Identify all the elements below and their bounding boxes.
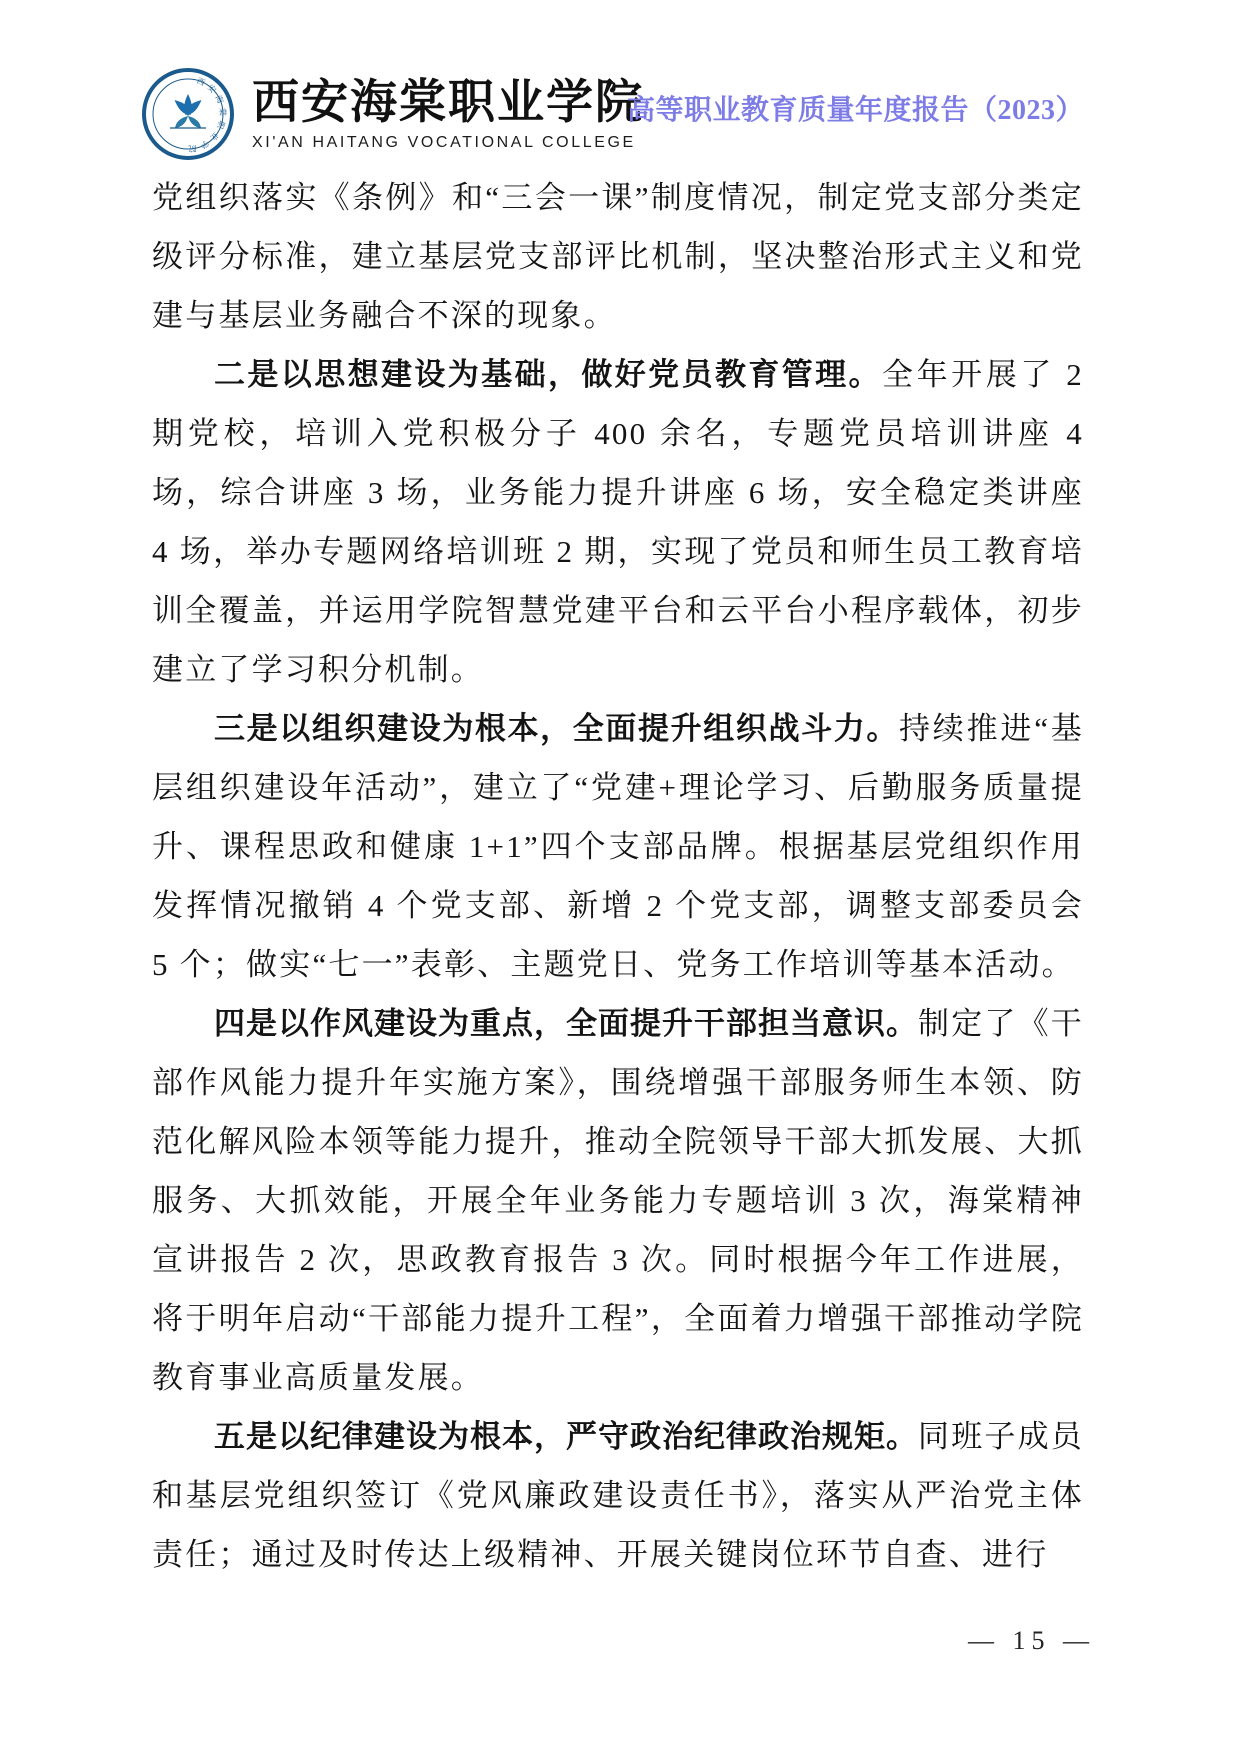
college-name-cn: 西安海棠职业学院	[252, 74, 612, 132]
paragraph-text: 制定了《干部作风能力提升年实施方案》，围绕增强干部服务师生本领、防范化解风险本领…	[152, 1006, 1084, 1395]
document-page: 西安海棠职业学院 西安海棠职业学院 XI'AN HAITANG VOCATION…	[0, 0, 1240, 1754]
paragraph: 二是以思想建设为基础，做好党员教育管理。全年开展了 2 期党校，培训入党积极分子…	[152, 345, 1084, 699]
page-header: 西安海棠职业学院 西安海棠职业学院 XI'AN HAITANG VOCATION…	[0, 0, 1240, 160]
paragraph: 五是以纪律建设为根本，严守政治纪律政治规矩。同班子成员和基层党组织签订《党风廉政…	[152, 1407, 1084, 1584]
paragraph-text: 全年开展了 2 期党校，培训入党积极分子 400 余名，专题党员培训讲座 4 场…	[152, 357, 1084, 687]
paragraph-text: 党组织落实《条例》和“三会一课”制度情况，制定党支部分类定级评分标准，建立基层党…	[152, 180, 1084, 333]
page-number: — 15 —	[968, 1626, 1095, 1656]
document-body: 党组织落实《条例》和“三会一课”制度情况，制定党支部分类定级评分标准，建立基层党…	[152, 168, 1084, 1584]
paragraph-lead: 四是以作风建设为重点，全面提升干部担当意识。	[214, 1006, 918, 1041]
paragraph: 党组织落实《条例》和“三会一课”制度情况，制定党支部分类定级评分标准，建立基层党…	[152, 168, 1084, 345]
report-title: 高等职业教育质量年度报告（2023）	[627, 88, 1084, 128]
paragraph-lead: 三是以组织建设为根本，全面提升组织战斗力。	[214, 711, 899, 746]
college-seal-icon: 西安海棠职业学院	[140, 66, 236, 162]
college-logo: 西安海棠职业学院	[140, 66, 236, 162]
college-name-en: XI'AN HAITANG VOCATIONAL COLLEGE	[252, 134, 612, 152]
paragraph-lead: 二是以思想建设为基础，做好党员教育管理。	[214, 357, 882, 392]
paragraph-text: 持续推进“基层组织建设年活动”，建立了“党建+理论学习、后勤服务质量提升、课程思…	[152, 711, 1084, 982]
paragraph: 三是以组织建设为根本，全面提升组织战斗力。持续推进“基层组织建设年活动”，建立了…	[152, 699, 1084, 994]
paragraph-lead: 五是以纪律建设为根本，严守政治纪律政治规矩。	[214, 1419, 918, 1454]
paragraph: 四是以作风建设为重点，全面提升干部担当意识。制定了《干部作风能力提升年实施方案》…	[152, 994, 1084, 1407]
college-brand: 西安海棠职业学院 XI'AN HAITANG VOCATIONAL COLLEG…	[252, 74, 612, 152]
